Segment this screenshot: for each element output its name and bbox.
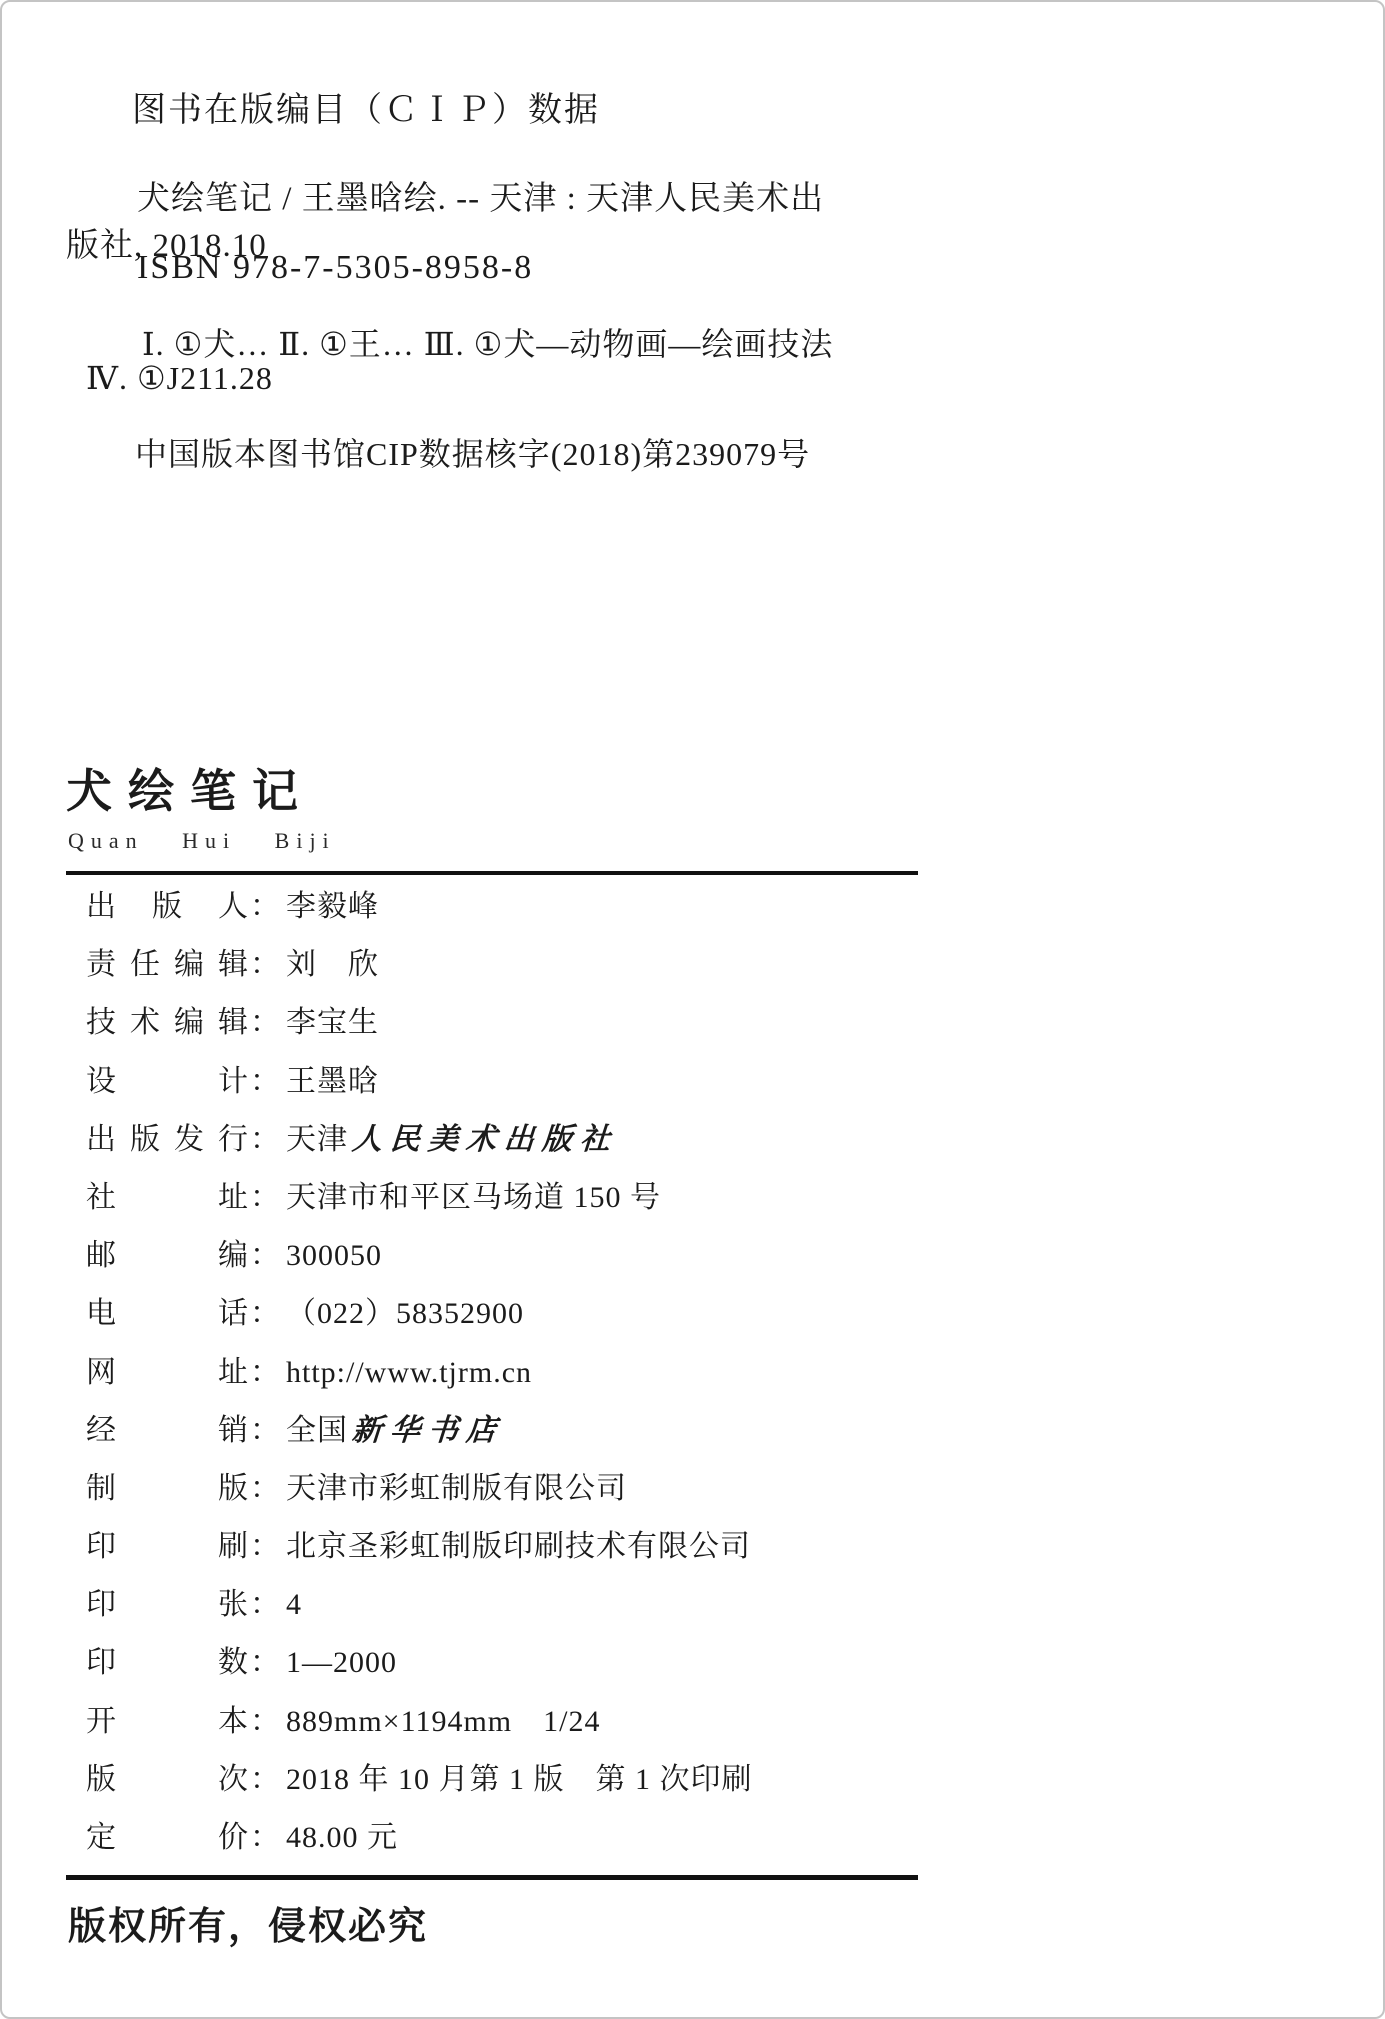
- table-row-price: 定价：48.00 元: [86, 1809, 757, 1867]
- table-row-website: 网址：http://www.tjrm.cn: [86, 1344, 757, 1402]
- row-colon: ：: [250, 1402, 280, 1460]
- isbn-number: ISBN 978-7-5305-8958-8: [137, 249, 533, 287]
- row-label: 印数: [86, 1634, 248, 1692]
- cip-entry-line1: 犬绘笔记 / 王墨晗绘. -- 天津 : 天津人民美术出: [137, 172, 824, 219]
- table-row-editor: 责任编辑：刘 欣: [86, 936, 757, 994]
- row-label: 版次: [86, 1751, 248, 1809]
- row-value: 2018 年 10 月第 1 版 第 1 次印刷: [286, 1763, 753, 1796]
- row-label: 经销: [86, 1402, 248, 1460]
- copyright-notice: 版权所有，侵权必究: [68, 1895, 428, 1950]
- row-colon: ：: [250, 1227, 280, 1285]
- colophon-table: 出版人：李毅峰 责任编辑：刘 欣 技术编辑：李宝生 设计：王墨晗 出版发行：天津…: [86, 878, 757, 1867]
- row-colon: ：: [250, 1751, 280, 1809]
- row-colon: ：: [250, 1460, 280, 1518]
- table-row-publisher: 出版发行：天津人民美术出版社: [86, 1111, 757, 1169]
- row-value: 李毅峰: [286, 890, 379, 923]
- row-colon: ：: [250, 1576, 280, 1634]
- row-value-script: 人民美术出版社: [350, 1111, 620, 1169]
- copyright-page: 图书在版编目（ＣＩＰ）数据 犬绘笔记 / 王墨晗绘. -- 天津 : 天津人民美…: [0, 0, 1385, 2019]
- row-value: 889mm×1194mm 1/24: [286, 1705, 600, 1738]
- row-value: 北京圣彩虹制版印刷技术有限公司: [286, 1530, 751, 1563]
- table-row-edition: 版次：2018 年 10 月第 1 版 第 1 次印刷: [86, 1751, 757, 1809]
- row-colon: ：: [250, 1169, 280, 1227]
- table-row-printer: 印刷：北京圣彩虹制版印刷技术有限公司: [86, 1518, 757, 1576]
- row-value: 天津市和平区马场道 150 号: [286, 1181, 661, 1214]
- row-value: 300050: [286, 1239, 382, 1272]
- row-value: 李宝生: [286, 1006, 379, 1039]
- row-value: 王墨晗: [286, 1065, 379, 1098]
- row-label: 开本: [86, 1693, 248, 1751]
- divider-top: [66, 871, 918, 875]
- row-label: 出版发行: [86, 1111, 248, 1169]
- row-label: 制版: [86, 1460, 248, 1518]
- row-colon: ：: [250, 936, 280, 994]
- row-value: 4: [286, 1588, 302, 1621]
- table-row-phone: 电话：（022）58352900: [86, 1285, 757, 1343]
- table-row-address: 社址：天津市和平区马场道 150 号: [86, 1169, 757, 1227]
- row-value-script: 新华书店: [350, 1402, 506, 1460]
- row-label: 定价: [86, 1809, 248, 1867]
- row-label: 技术编辑: [86, 994, 248, 1052]
- cip-classification-line2: Ⅳ. ①J211.28: [86, 359, 273, 397]
- table-row-print-run: 印数：1—2000: [86, 1634, 757, 1692]
- row-value: http://www.tjrm.cn: [286, 1356, 532, 1389]
- row-label: 设计: [86, 1053, 248, 1111]
- row-colon: ：: [250, 878, 280, 936]
- row-label: 社址: [86, 1169, 248, 1227]
- table-row-format: 开本：889mm×1194mm 1/24: [86, 1693, 757, 1751]
- row-colon: ：: [250, 1344, 280, 1402]
- row-colon: ：: [250, 1518, 280, 1576]
- divider-bottom: [66, 1875, 918, 1880]
- cip-record-number: 中国版本图书馆CIP数据核字(2018)第239079号: [135, 429, 810, 475]
- row-colon: ：: [250, 1053, 280, 1111]
- row-value: 天津: [286, 1123, 348, 1156]
- table-row-postcode: 邮编：300050: [86, 1227, 757, 1285]
- row-colon: ：: [250, 1693, 280, 1751]
- row-label: 出版人: [86, 878, 248, 936]
- table-row-distributor: 经销：全国新华书店: [86, 1402, 757, 1460]
- row-label: 责任编辑: [86, 936, 248, 994]
- row-colon: ：: [250, 994, 280, 1052]
- row-value: 天津市彩虹制版有限公司: [286, 1472, 627, 1505]
- table-row-designer: 设计：王墨晗: [86, 1053, 757, 1111]
- row-value: （022）58352900: [286, 1297, 524, 1330]
- table-row-sheets: 印张：4: [86, 1576, 757, 1634]
- row-colon: ：: [250, 1111, 280, 1169]
- row-value: 刘 欣: [286, 948, 379, 981]
- row-label: 印刷: [86, 1518, 248, 1576]
- table-row-publisher-person: 出版人：李毅峰: [86, 878, 757, 936]
- table-row-platemaking: 制版：天津市彩虹制版有限公司: [86, 1460, 757, 1518]
- table-row-tech-editor: 技术编辑：李宝生: [86, 994, 757, 1052]
- row-colon: ：: [250, 1285, 280, 1343]
- row-label: 电话: [86, 1285, 248, 1343]
- row-label: 印张: [86, 1576, 248, 1634]
- book-title: 犬绘笔记: [66, 755, 314, 821]
- row-value: 48.00 元: [286, 1821, 398, 1854]
- row-colon: ：: [250, 1809, 280, 1867]
- row-value: 全国: [286, 1414, 348, 1447]
- book-title-pinyin: Quan Hui Biji: [68, 828, 336, 854]
- row-value: 1—2000: [286, 1646, 397, 1679]
- row-label: 邮编: [86, 1227, 248, 1285]
- row-label: 网址: [86, 1344, 248, 1402]
- row-colon: ：: [250, 1634, 280, 1692]
- cip-heading: 图书在版编目（ＣＩＰ）数据: [132, 82, 600, 131]
